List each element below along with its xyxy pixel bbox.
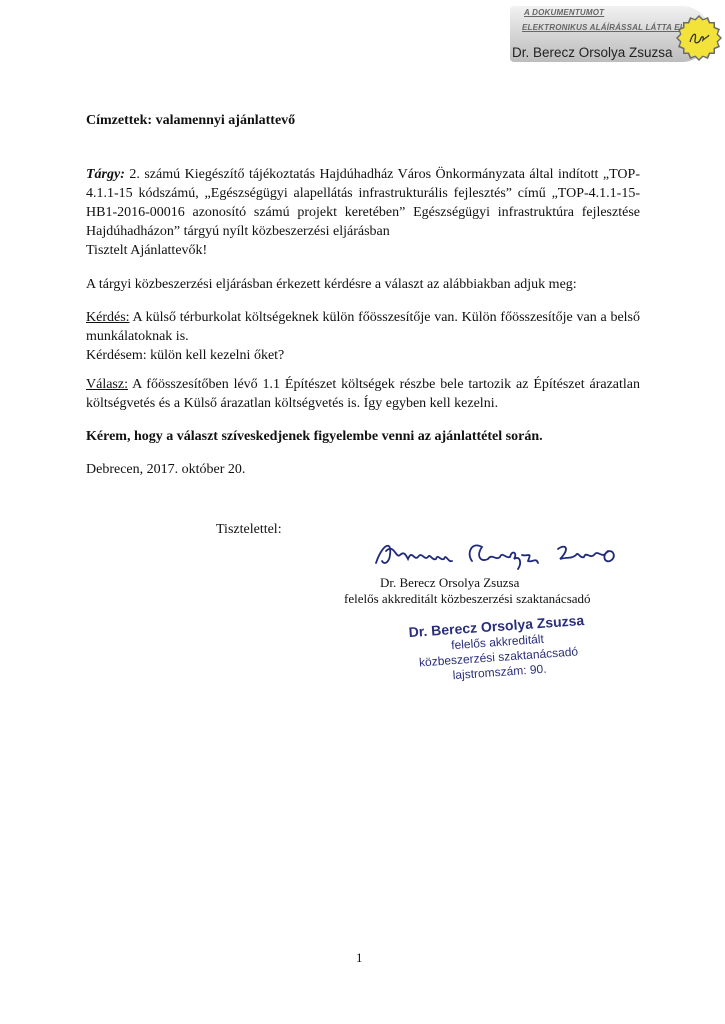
answer-paragraph: Válasz: A főösszesítőben lévő 1.1 Építés… <box>86 375 640 413</box>
sign-seal-icon <box>675 14 723 62</box>
badge-caption-2: ELEKTRONIKUS ALÁÍRÁSSAL LÁTTA EL: <box>522 23 688 32</box>
answer-text: A főösszesítőben lévő 1.1 Építészet költ… <box>86 377 640 411</box>
recipients-line: Címzettek: valamennyi ajánlattevő <box>86 111 640 130</box>
handwritten-signature <box>372 535 622 571</box>
request-line: Kérem, hogy a választ szíveskedjenek fig… <box>86 427 640 446</box>
signer-title: felelős akkreditált közbeszerzési szakta… <box>344 589 644 608</box>
badge-caption-1: A DOKUMENTUMOT <box>524 8 604 17</box>
question-label: Kérdés: <box>86 310 130 325</box>
intro-text: A tárgyi közbeszerzési eljárásban érkeze… <box>86 275 640 294</box>
subject-label: Tárgy: <box>86 167 125 182</box>
answer-label: Válasz: <box>86 377 128 392</box>
subject-text: 2. számú Kiegészítő tájékoztatás Hajdúha… <box>86 167 640 239</box>
place-date: Debrecen, 2017. október 20. <box>86 460 640 479</box>
salutation: Tisztelt Ajánlattevők! <box>86 241 640 260</box>
question-line2: Kérdésem: külön kell kezelni őket? <box>86 346 640 365</box>
question-paragraph: Kérdés: A külső térburkolat költségeknek… <box>86 308 640 346</box>
badge-signer-name: Dr. Berecz Orsolya Zsuzsa <box>512 45 673 60</box>
esignature-badge: A DOKUMENTUMOT ELEKTRONIKUS ALÁÍRÁSSAL L… <box>510 2 725 64</box>
subject-paragraph: Tárgy: 2. számú Kiegészítő tájékoztatás … <box>86 165 640 241</box>
question-text: A külső térburkolat költségeknek külön f… <box>86 310 640 344</box>
official-stamp: Dr. Berecz Orsolya Zsuzsa felelős akkred… <box>396 611 600 687</box>
page-number: 1 <box>356 950 363 966</box>
